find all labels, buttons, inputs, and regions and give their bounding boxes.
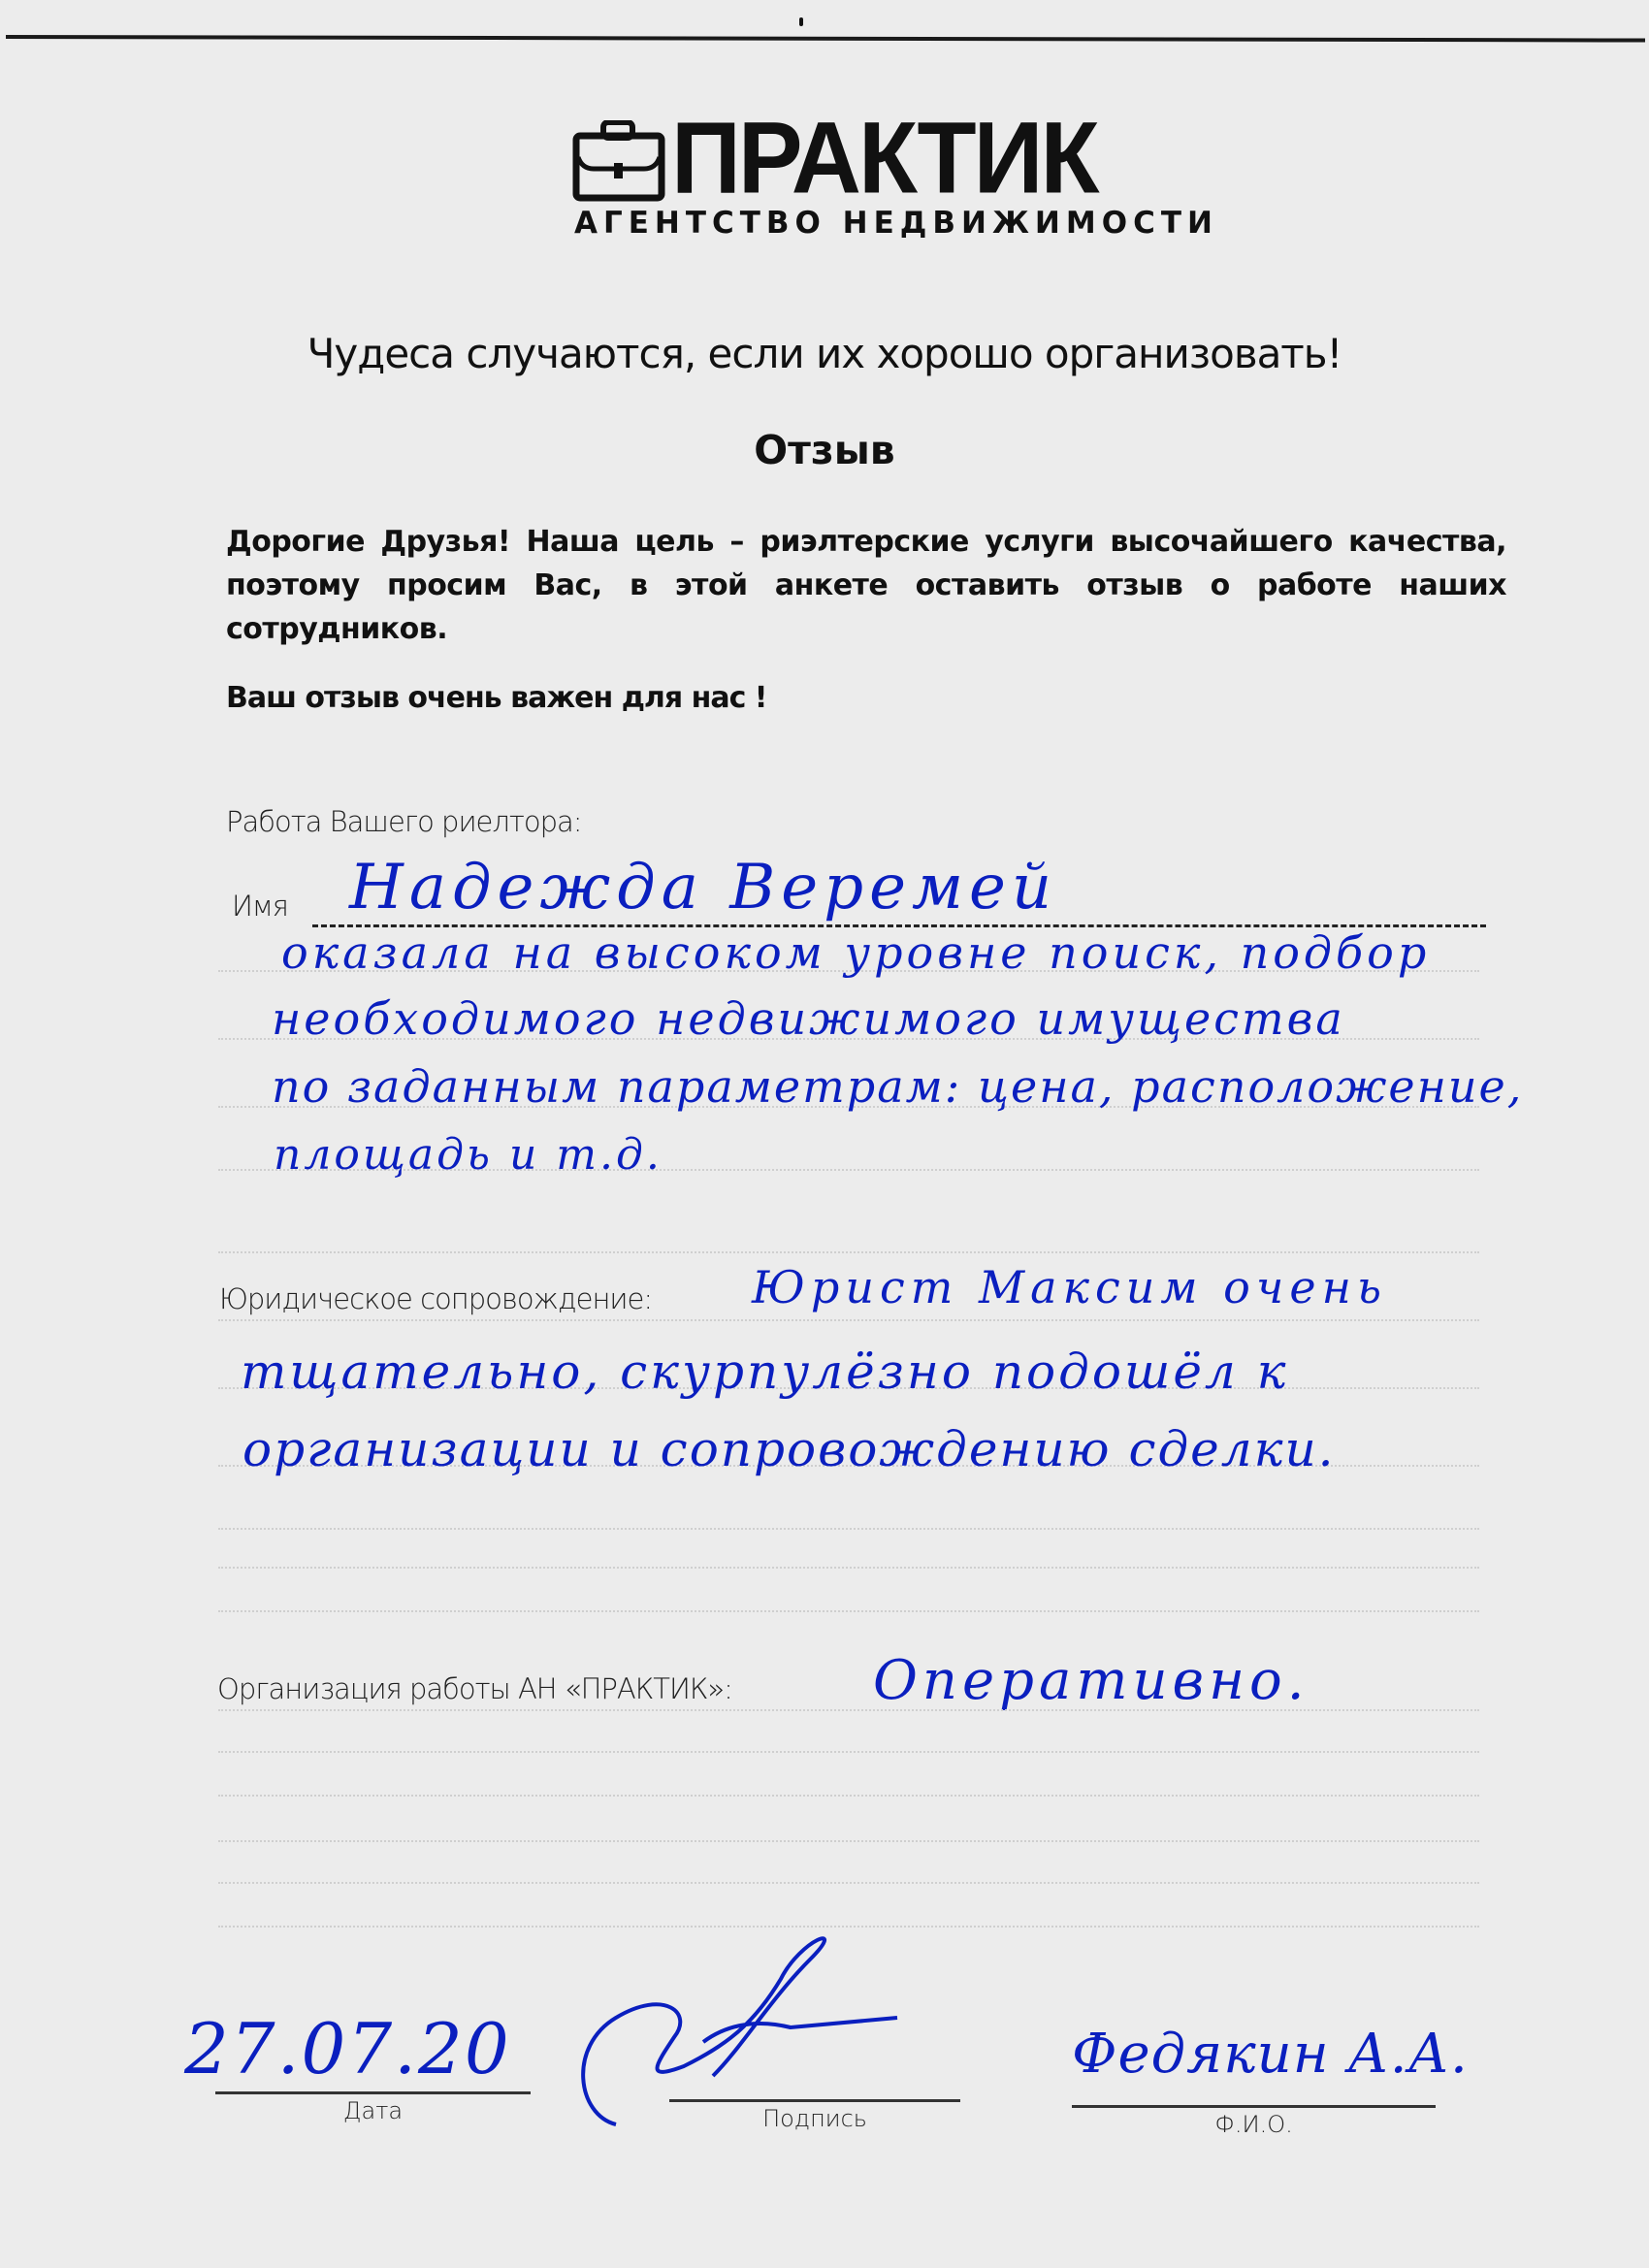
- intro-paragraph: Дорогие Друзья! Наша цель – риэлтерские …: [226, 520, 1506, 651]
- slogan: Чудеса случаются, если их хорошо организ…: [0, 330, 1649, 377]
- page-title: Отзыв: [0, 427, 1649, 473]
- scan-edge-line: [6, 35, 1645, 43]
- signature-line: [669, 2099, 960, 2102]
- fio-line: [1072, 2105, 1436, 2108]
- rule-line: [218, 1610, 1479, 1612]
- brand-subtitle: АГЕНТСТВО НЕДВИЖИМОСТИ: [574, 206, 1218, 241]
- name-field[interactable]: Надежда Веремей: [349, 852, 1057, 923]
- name-label: Имя: [232, 890, 288, 923]
- rule-line: [218, 1795, 1479, 1797]
- legal-review-line[interactable]: организации и сопровождению сделки.: [242, 1421, 1336, 1477]
- date-field[interactable]: 27.07.20: [184, 2008, 511, 2090]
- signature-label: Подпись: [669, 2105, 960, 2132]
- rule-line: [218, 1882, 1479, 1884]
- organization-section-label: Организация работы АН «ПРАКТИК»:: [217, 1672, 732, 1705]
- scan-mark: [799, 17, 803, 26]
- rule-line: [218, 1567, 1479, 1569]
- date-line: [215, 2091, 531, 2094]
- rule-line: [218, 1751, 1479, 1753]
- legal-review-line[interactable]: тщательно, скурпулёзно подошёл к: [241, 1344, 1289, 1400]
- realtor-review-line[interactable]: оказала на высоком уровне поиск, подбор: [281, 926, 1430, 979]
- brand-name: ПРАКТИК: [671, 113, 1097, 205]
- realtor-review-line[interactable]: площадь и т.д.: [274, 1130, 663, 1180]
- rule-line: [218, 1251, 1479, 1253]
- date-label: Дата: [215, 2097, 531, 2124]
- fio-label: Ф.И.О.: [1072, 2111, 1436, 2138]
- organization-review[interactable]: Оперативно.: [873, 1649, 1309, 1712]
- rule-line: [218, 1319, 1479, 1321]
- fio-field[interactable]: Федякин А.А.: [1072, 2023, 1469, 2086]
- logo: ПРАКТИК: [572, 114, 1097, 202]
- legal-section-label: Юридическое сопровождение:: [219, 1282, 652, 1315]
- rule-line: [218, 1709, 1479, 1711]
- briefcase-icon: [572, 120, 665, 202]
- realtor-review-line[interactable]: необходимого недвижимого имущества: [272, 992, 1345, 1045]
- legal-review-line[interactable]: Юрист Максим очень: [752, 1261, 1387, 1313]
- important-note: Ваш отзыв очень важен для нас !: [226, 681, 767, 715]
- realtor-section-label: Работа Вашего риелтора:: [226, 805, 582, 838]
- rule-line: [218, 1528, 1479, 1530]
- rule-line: [218, 1840, 1479, 1842]
- realtor-review-line[interactable]: по заданным параметрам: цена, расположен…: [272, 1060, 1523, 1113]
